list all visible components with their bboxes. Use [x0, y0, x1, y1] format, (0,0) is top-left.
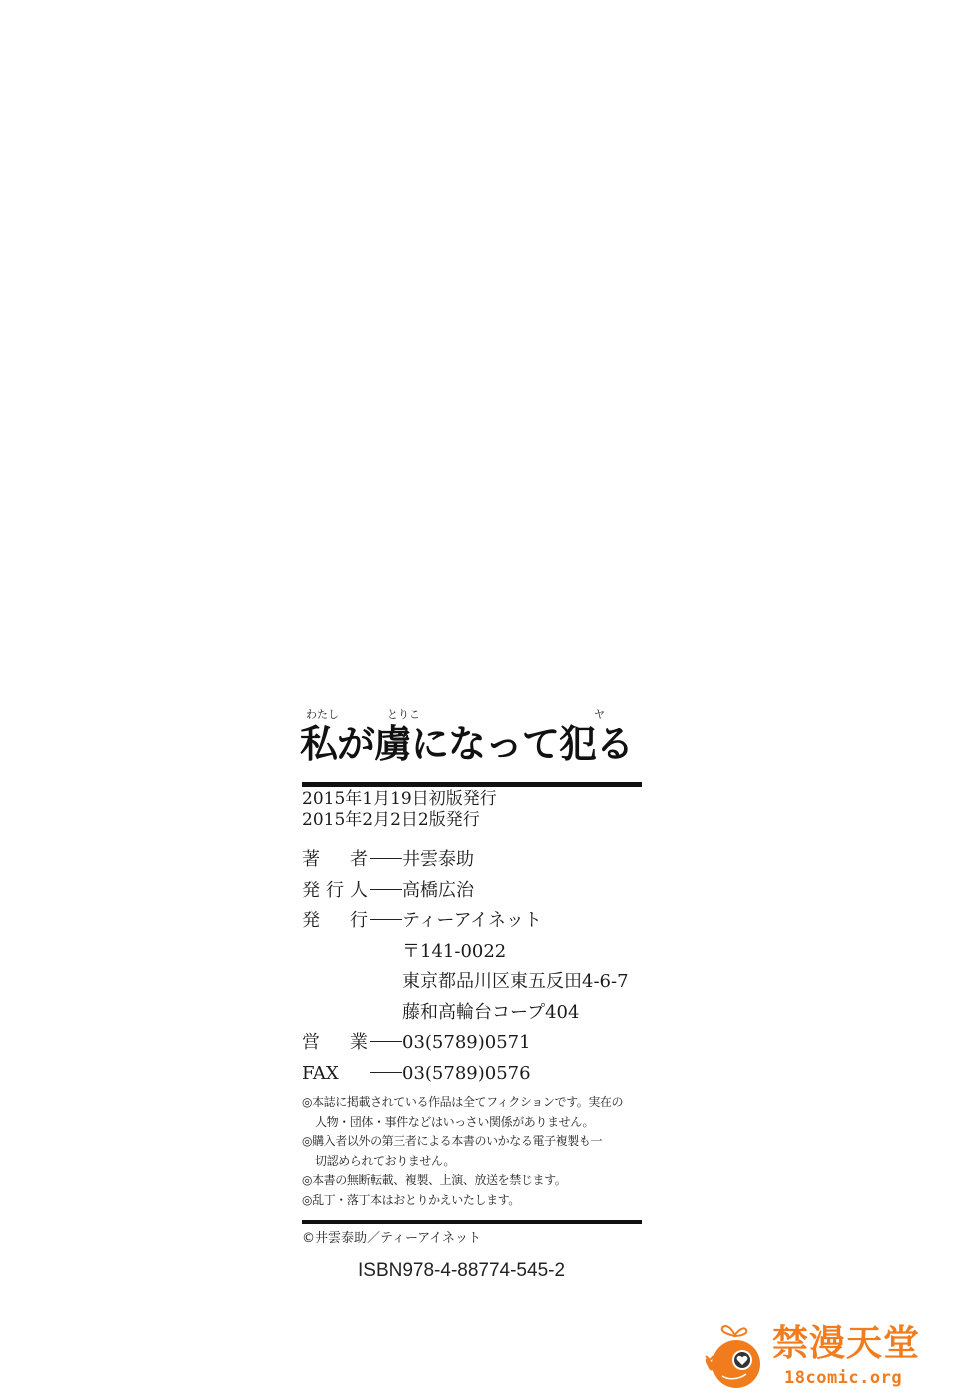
copyright-rule — [302, 1220, 642, 1224]
title-ruby: わたし とりこ ヤ — [302, 704, 642, 722]
note-3: ◎本書の無断転載、複製、上演、放送を禁じます。 — [302, 1171, 642, 1191]
contact-label-fax: FAX — [302, 1059, 368, 1090]
watermark-url: 18comic.org — [784, 1368, 902, 1388]
legal-notes: ◎本誌に掲載されている作品は全てフィクションです。実在の 人物・団体・事件などは… — [302, 1093, 642, 1210]
title-rule — [302, 782, 642, 787]
contact-value-fax: 03(5789)0576 — [402, 1059, 531, 1090]
contact-fax: FAX 03(5789)0576 — [302, 1059, 642, 1090]
first-edition-date: 2015年1月19日初版発行 — [302, 789, 642, 810]
dash-divider — [370, 919, 402, 920]
postal-code: 〒141-0022 — [302, 937, 642, 968]
ruby-toriko: とりこ — [387, 706, 420, 722]
second-edition-date: 2015年2月2日2版発行 — [302, 810, 642, 831]
credit-author: 著者 井雲泰助 — [302, 845, 642, 876]
credit-publisher-person: 発行人 高橋広治 — [302, 876, 642, 907]
dash-divider — [370, 889, 402, 890]
contact-value-sales: 03(5789)0571 — [402, 1028, 531, 1059]
dash-divider — [370, 1041, 402, 1042]
dash-divider — [370, 1072, 402, 1073]
credit-value-publisher-person: 高橋広治 — [402, 876, 474, 907]
credit-value-author: 井雲泰助 — [402, 845, 474, 876]
ruby-ya: ヤ — [594, 706, 605, 722]
note-2-line-2: 切認められておりません。 — [302, 1152, 642, 1172]
contact-label-sales: 営業 — [302, 1028, 368, 1059]
copyright-notice: ©井雲泰助／ティーアイネット — [302, 1230, 642, 1248]
dash-divider — [370, 858, 402, 859]
watermark: 禁漫天堂 18comic.org — [704, 1318, 924, 1394]
note-1-line-2: 人物・団体・事件などはいっさい関係がありません。 — [302, 1113, 642, 1133]
orange-whale-heart-icon — [704, 1320, 764, 1392]
note-1-line-1: ◎本誌に掲載されている作品は全てフィクションです。実在の — [302, 1093, 642, 1113]
credits: 著者 井雲泰助 発行人 高橋広治 発行 ティーアイネット 〒141-0022 東… — [302, 845, 642, 1089]
credit-label-publisher-person: 発行人 — [302, 876, 368, 907]
credit-label-publisher: 発行 — [302, 906, 368, 937]
credit-label-author: 著者 — [302, 845, 368, 876]
ruby-watashi: わたし — [306, 706, 339, 722]
address-line-2: 藤和高輪台コープ404 — [302, 998, 642, 1029]
address-line-1: 東京都品川区東五反田4-6-7 — [302, 967, 642, 998]
credit-value-publisher: ティーアイネット — [402, 906, 542, 937]
book-title: 私が虜になって犯る — [300, 722, 642, 766]
publication-dates: 2015年1月19日初版発行 2015年2月2日2版発行 — [302, 789, 642, 831]
watermark-title: 禁漫天堂 — [772, 1324, 920, 1364]
isbn: ISBN978-4-88774-545-2 — [302, 1260, 642, 1282]
note-4: ◎乱丁・落丁本はおとりかえいたします。 — [302, 1191, 642, 1211]
note-2-line-1: ◎購入者以外の第三者による本書のいかなる電子複製も一 — [302, 1132, 642, 1152]
contact-sales: 営業 03(5789)0571 — [302, 1028, 642, 1059]
colophon: わたし とりこ ヤ 私が虜になって犯る 2015年1月19日初版発行 2015年… — [302, 704, 642, 1282]
credit-publisher: 発行 ティーアイネット — [302, 906, 642, 937]
